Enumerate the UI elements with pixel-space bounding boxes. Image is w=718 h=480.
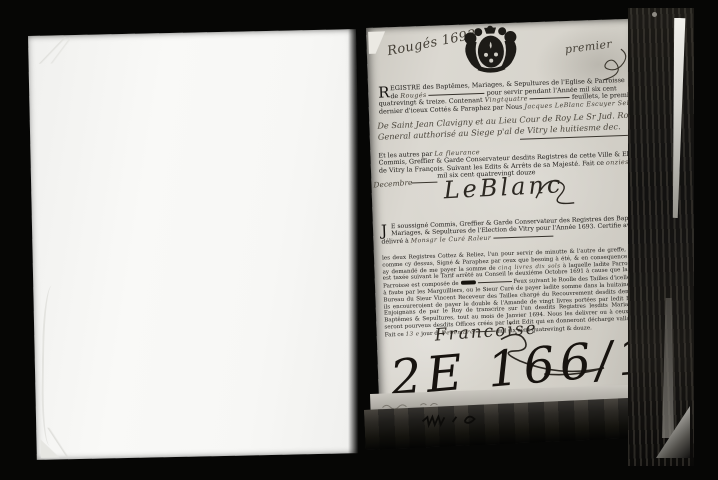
ink-blot — [461, 281, 476, 286]
certificat-paragraph: J E soussigné Commis, Greffier & Garde C… — [381, 215, 638, 246]
dropcap-j: J — [381, 223, 388, 237]
registre-line2a: de — [390, 91, 398, 99]
spine-highlight-dot — [652, 12, 657, 17]
printed-blank-rule — [530, 94, 570, 99]
page-notch — [368, 31, 389, 54]
handwritten-parish: Rougés — [400, 90, 427, 99]
page-corner-crease — [36, 37, 71, 64]
handwritten-rule — [411, 182, 437, 184]
leblanc-paraph-flourish-icon — [531, 169, 583, 215]
page-edge-crease — [41, 285, 61, 445]
handwritten-delivre-a: Monsgr le Curé Raleur — [411, 234, 492, 244]
dropcap-r: R — [378, 85, 390, 99]
page-edge-highlight — [668, 18, 686, 218]
scan-background: Rougés 1693 premier — [0, 0, 718, 480]
inverted-ink-scribble-icon — [418, 410, 489, 433]
book-spine-edge — [628, 8, 694, 466]
left-blank-page — [28, 29, 365, 460]
page-edge-highlight-lower — [662, 298, 674, 438]
registre-paragraph: R EGISTRE des Baptêmes, Mariages, & Sepu… — [378, 77, 633, 116]
printed-blank-rule — [493, 232, 553, 238]
handwritten-titles-block: De Saint Jean Clavigny et au Lieu Cour d… — [377, 110, 634, 143]
right-printed-page: Rougés 1693 premier — [366, 19, 651, 400]
page-corner-fold — [40, 427, 75, 458]
handwritten-jour: 13 e — [406, 331, 420, 337]
printed-blank-rule — [429, 89, 485, 95]
printed-blank-rule — [477, 278, 511, 283]
handwritten-margin-month: Decembre — [373, 178, 413, 190]
royal-arms-stamp-icon — [458, 25, 524, 79]
